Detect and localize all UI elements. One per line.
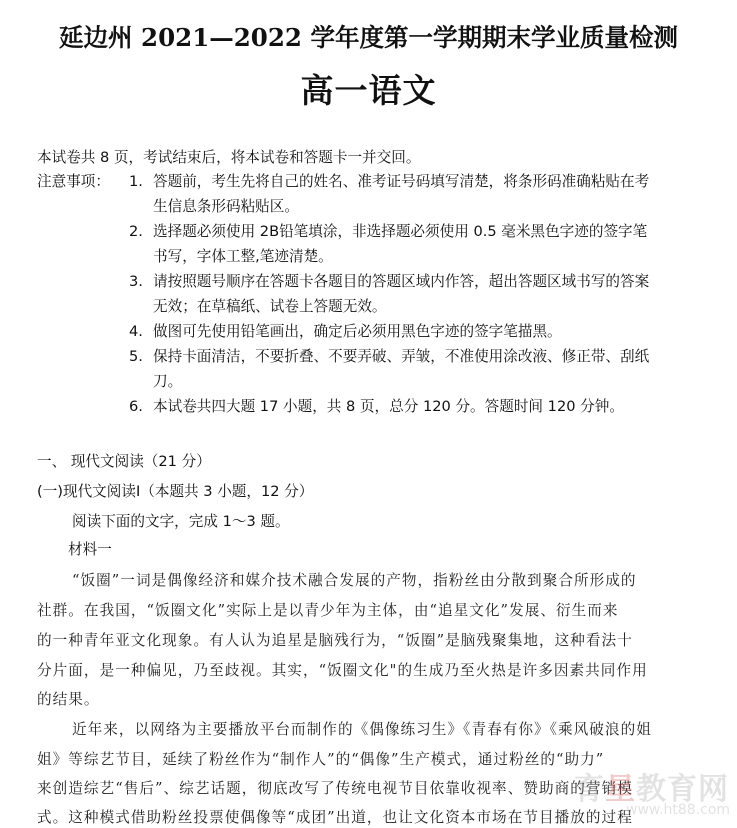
paragraph-2-line-1: 近年来，以网络为主要播放平台而制作的《偶像练习生》《青春有你》《乘风破浪的姐 <box>72 720 652 740</box>
notice-item-1: 1.答题前，考生先将自己的姓名、准考证号码填写清楚，将条形码准确粘贴在考 <box>129 172 649 192</box>
notice-text: 保持卡面清洁，不要折叠、不要弄破、弄皱，不准使用涂改液、修正带、刮纸 <box>153 348 649 365</box>
notice-item-2-cont: 书写，字体工整,笔迹清楚。 <box>153 247 333 267</box>
paragraph-2-line-3: 来创造综艺“售后”、综艺话题，彻底改写了传统电视节目依靠收视率、赞助商的营销模 <box>37 779 633 799</box>
notice-number: 1. <box>129 172 153 192</box>
exam-page: 延边州 2021—2022 学年度第一学期期末学业质量检测 高一语文 本试卷共 … <box>0 0 737 828</box>
notice-number: 6. <box>129 397 153 417</box>
paragraph-1-line-1: “饭圈”一词是偶像经济和媒介技术融合发展的产物，指粉丝由分散到聚合所形成的 <box>72 571 637 591</box>
notice-item-3: 3.请按照题号顺序在答题卡各题目的答题区域内作答，超出答题区域书写的答案 <box>129 272 649 292</box>
notice-item-5-cont: 刀。 <box>153 372 182 392</box>
notice-item-1-cont: 生信息条形码粘贴区。 <box>153 197 299 217</box>
notice-item-5: 5.保持卡面清洁，不要折叠、不要弄破、弄皱，不准使用涂改液、修正带、刮纸 <box>129 347 649 367</box>
section-subheading: (一)现代文阅读Ⅰ（本题共 3 小题，12 分） <box>37 482 313 502</box>
notice-number: 4. <box>129 322 153 342</box>
notice-number: 3. <box>129 272 153 292</box>
paragraph-1-line-5: 的结果。 <box>37 690 100 710</box>
notice-text: 请按照题号顺序在答题卡各题目的答题区域内作答，超出答题区域书写的答案 <box>153 273 649 290</box>
notice-number: 5. <box>129 347 153 367</box>
notice-number: 2. <box>129 222 153 242</box>
notice-text: 答题前，考生先将自己的姓名、准考证号码填写清楚，将条形码准确粘贴在考 <box>153 173 649 190</box>
paragraph-1-line-3: 的一种青年亚文化现象。有人认为追星是脑残行为，“饭圈”是脑残聚集地，这种看法十 <box>37 631 633 651</box>
notice-label: 注意事项： <box>37 172 110 192</box>
paragraph-1-line-2: 社群。在我国，“饭圈文化”实际上是以青少年为主体，由“追星文化”发展、衍生而来 <box>37 601 619 621</box>
notice-text: 选择题必须使用 2B铅笔填涂，非选择题必须使用 0.5 毫米黑色字迹的签字笔 <box>153 223 647 240</box>
reading-instruction: 阅读下面的文字，完成 1～3 题。 <box>72 512 290 532</box>
exam-subject: 高一语文 <box>0 70 737 112</box>
notice-item-6: 6.本试卷共四大题 17 小题，共 8 页，总分 120 分。答题时间 120 … <box>129 397 624 417</box>
intro-text: 本试卷共 8 页，考试结束后，将本试卷和答题卡一并交回。 <box>37 148 420 168</box>
notice-text: 做图可先使用铅笔画出，确定后必须用黑色字迹的签字笔描黑。 <box>153 323 562 340</box>
paragraph-2-line-2: 姐》等综艺节目，延续了粉丝作为“制作人”的“偶像”生产模式，通过粉丝的“助力” <box>37 750 604 770</box>
notice-item-2: 2.选择题必须使用 2B铅笔填涂，非选择题必须使用 0.5 毫米黑色字迹的签字笔 <box>129 222 647 242</box>
notice-item-3-cont: 无效；在草稿纸、试卷上答题无效。 <box>153 297 387 317</box>
section-heading: 一、 现代文阅读（21 分） <box>37 452 211 472</box>
exam-title: 延边州 2021—2022 学年度第一学期期末学业质量检测 <box>0 22 737 54</box>
notice-item-4: 4.做图可先使用铅笔画出，确定后必须用黑色字迹的签字笔描黑。 <box>129 322 562 342</box>
paragraph-1-line-4: 分片面，是一种偏见，乃至歧视。其实，“饭圈文化"的生成乃至火热是许多因素共同作用 <box>37 661 648 681</box>
paragraph-2-line-4: 式。这种模式借助粉丝投票使偶像等“成团”出道，也让文化资本市场在节目播放的过程 <box>37 808 633 828</box>
material-label: 材料一 <box>68 540 112 560</box>
notice-text: 本试卷共四大题 17 小题，共 8 页，总分 120 分。答题时间 120 分钟… <box>153 398 624 415</box>
watermark-url: www.ht88.com <box>626 802 730 818</box>
